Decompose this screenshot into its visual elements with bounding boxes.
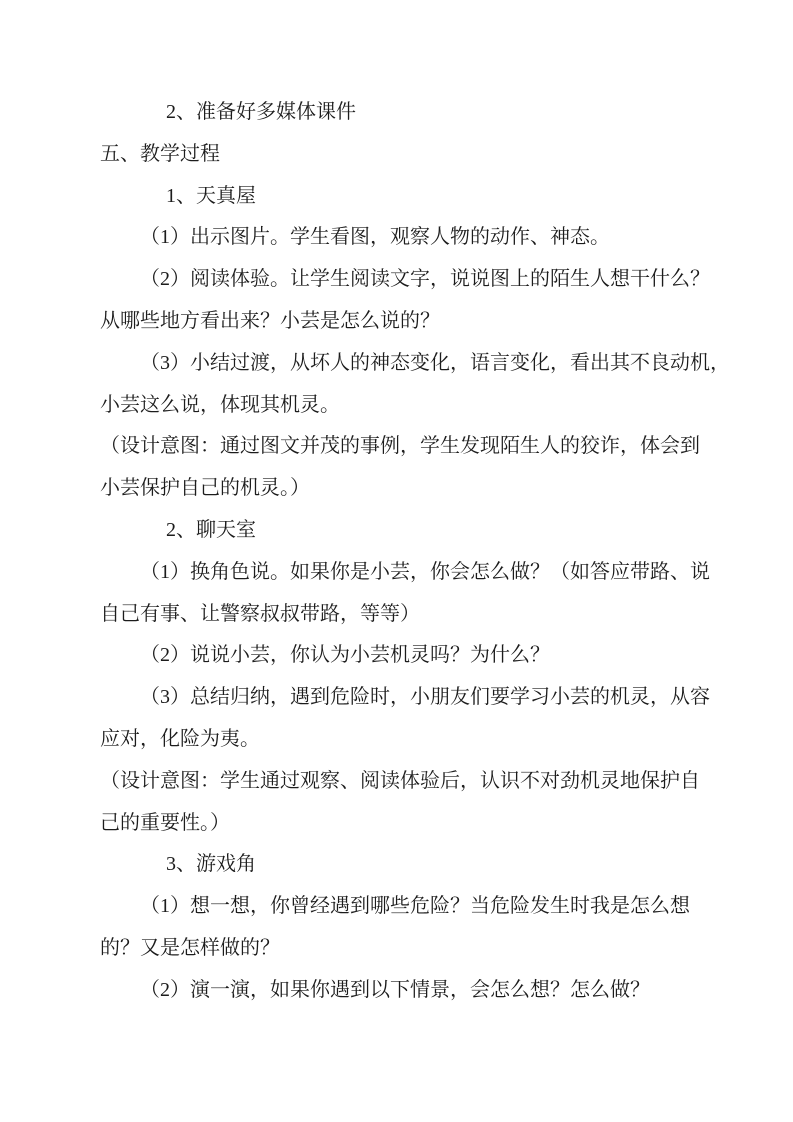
text-line: 3、游戏角 <box>100 844 760 886</box>
text-line: 自己有事、让警察叔叔带路，等等） <box>100 594 760 636</box>
text-line: 小芸这么说，体现其机灵。 <box>100 385 760 427</box>
text-line: 小芸保护自己的机灵。） <box>100 468 760 510</box>
text-line: （1）出示图片。学生看图，观察人物的动作、神态。 <box>100 217 760 259</box>
text-line: （3）小结过渡，从坏人的神态变化，语言变化，看出其不良动机， <box>100 343 760 385</box>
text-line: 己的重要性。） <box>100 803 760 845</box>
document-text-block: 2、准备好多媒体课件五、教学过程1、天真屋（1）出示图片。学生看图，观察人物的动… <box>100 92 760 1012</box>
text-line: （1）换角色说。如果你是小芸，你会怎么做？（如答应带路、说 <box>100 552 760 594</box>
text-line: 1、天真屋 <box>100 176 760 218</box>
text-line: （3）总结归纳，遇到危险时，小朋友们要学习小芸的机灵，从容 <box>100 677 760 719</box>
text-line: 从哪些地方看出来？小芸是怎么说的？ <box>100 301 760 343</box>
text-line: （设计意图：通过图文并茂的事例，学生发现陌生人的狡诈，体会到 <box>100 426 760 468</box>
text-line: 的？又是怎样做的？ <box>100 928 760 970</box>
text-line: 应对，化险为夷。 <box>100 719 760 761</box>
text-line: （设计意图：学生通过观察、阅读体验后，认识不对劲机灵地保护自 <box>100 761 760 803</box>
text-line: 五、教学过程 <box>100 134 760 176</box>
text-line: 2、聊天室 <box>100 510 760 552</box>
text-line: （2）演一演，如果你遇到以下情景，会怎么想？怎么做？ <box>100 970 760 1012</box>
text-line: （1）想一想，你曾经遇到哪些危险？当危险发生时我是怎么想 <box>100 886 760 928</box>
text-line: （2）说说小芸，你认为小芸机灵吗？为什么？ <box>100 635 760 677</box>
document-page: 2、准备好多媒体课件五、教学过程1、天真屋（1）出示图片。学生看图，观察人物的动… <box>0 0 793 1122</box>
text-line: （2）阅读体验。让学生阅读文字，说说图上的陌生人想干什么？ <box>100 259 760 301</box>
text-line: 2、准备好多媒体课件 <box>100 92 760 134</box>
